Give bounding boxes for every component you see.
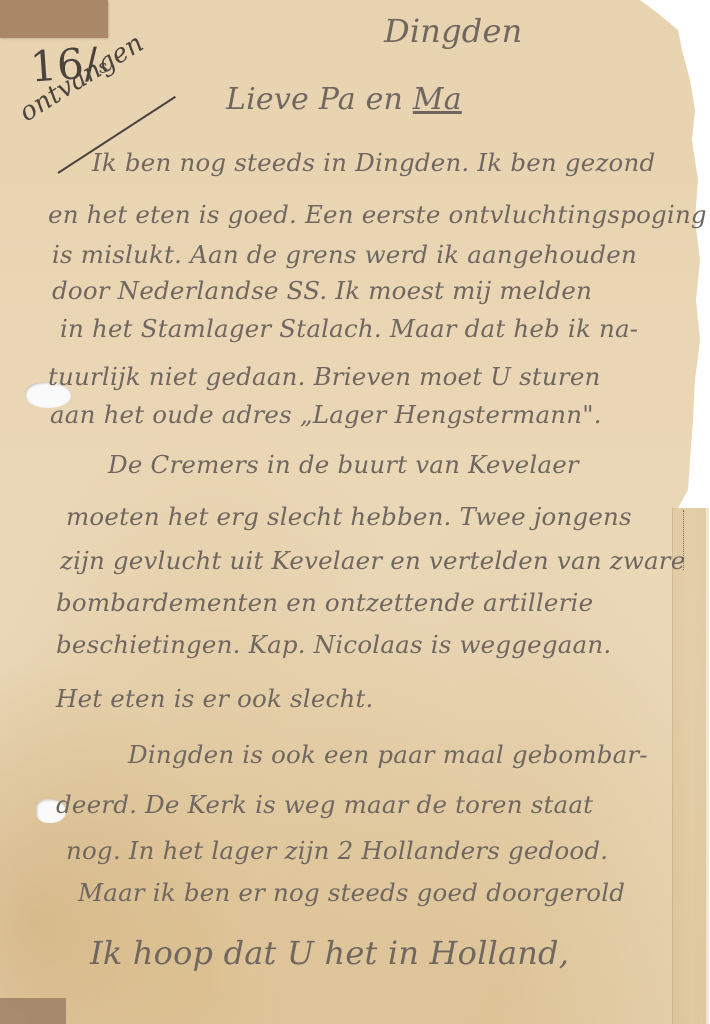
salutation-text: Lieve Pa en [226,82,413,117]
body-line: beschietingen. Kap. Nicolaas is weggegaa… [56,630,611,659]
letter-place: Dingden [384,12,522,50]
body-line: nog. In het lager zijn 2 Hollanders gedo… [66,836,608,865]
salutation: Lieve Pa en Ma [226,82,462,117]
body-line: Het eten is er ook slecht. [56,684,373,713]
body-line: moeten het erg slecht hebben. Twee jonge… [66,502,632,531]
tape-bottom-left [0,998,66,1024]
body-line: en het eten is goed. Een eerste ontvluch… [48,200,707,229]
body-line: Ik ben nog steeds in Dingden. Ik ben gez… [92,148,655,177]
body-line: Dingden is ook een paar maal gebombar- [128,740,648,769]
folded-edge-strip [672,508,709,1024]
body-line: deerd. De Kerk is weg maar de toren staa… [56,790,593,819]
body-line: is mislukt. Aan de grens werd ik aangeho… [52,240,637,269]
body-line: Maar ik ben er nog steeds goed doorgerol… [78,878,625,907]
body-line: bombardementen en ontzettende artillerie [56,588,593,617]
body-line: door Nederlandse SS. Ik moest mij melden [52,276,592,305]
body-line: tuurlijk niet gedaan. Brieven moet U stu… [48,362,601,391]
body-line: in het Stamlager Stalach. Maar dat heb i… [60,314,638,343]
body-line: Ik hoop dat U het in Holland, [90,934,569,972]
salutation-underlined: Ma [413,82,462,117]
body-line: De Cremers in de buurt van Kevelaer [108,450,579,479]
tape-top-left [0,0,108,38]
body-line: aan het oude adres „Lager Hengstermann". [50,400,602,429]
body-line: zijn gevlucht uit Kevelaer en vertelden … [60,546,685,575]
